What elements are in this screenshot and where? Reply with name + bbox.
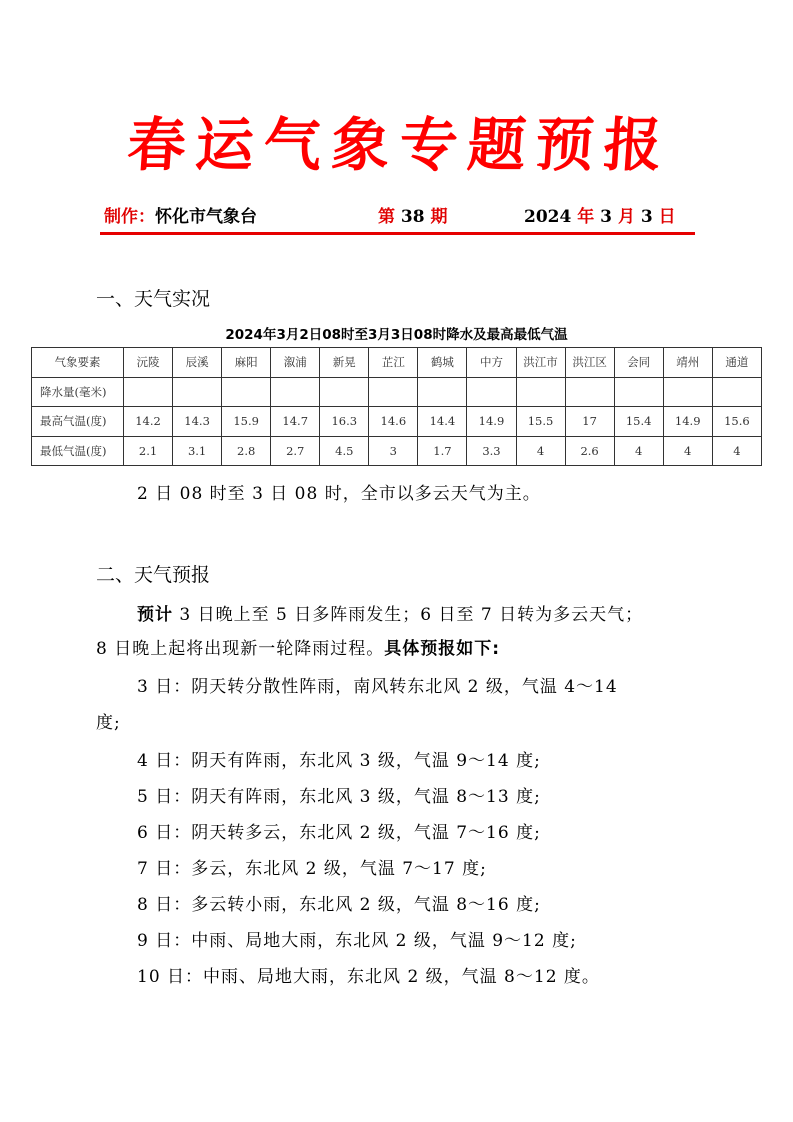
table-cell [565,377,614,407]
table-row: 最高气温(度)14.214.315.914.716.314.614.414.91… [32,407,762,437]
producer: 制作：怀化市气象台 [104,205,257,229]
forecast-day-6: 6 日：阴天转多云，东北风 2 级，气温 7～16 度; [137,821,747,845]
table-cell: 3.3 [467,436,516,466]
table-cell [369,377,418,407]
section-heading-forecast: 二、天气预报 [96,562,210,588]
forecast-intro-line2: 8 日晚上起将出现新一轮降雨过程。具体预报如下: [96,637,706,661]
table-cell: 15.5 [516,407,565,437]
section-heading-observation: 一、天气实况 [96,286,210,312]
table-cell: 2.1 [124,436,173,466]
table-cell [271,377,320,407]
header-cell-station: 会同 [614,348,663,378]
table-cell: 1.7 [418,436,467,466]
table-cell: 4 [712,436,761,466]
date-month: 3 [600,207,612,227]
table-cell: 2.6 [565,436,614,466]
forecast-day-10: 10 日：中雨、局地大雨，东北风 2 级，气温 8～12 度。 [137,965,747,989]
header-cell-station: 洪江市 [516,348,565,378]
table-cell: 3.1 [173,436,222,466]
table-cell [516,377,565,407]
table-cell [467,377,516,407]
table-cell [124,377,173,407]
header-cell-element: 气象要素 [32,348,124,378]
table-cell: 15.4 [614,407,663,437]
forecast-intro-bold: 预计 [137,605,173,625]
table-cell: 15.6 [712,407,761,437]
forecast-day-9: 9 日：中雨、局地大雨，东北风 2 级，气温 9～12 度; [137,929,747,953]
table-cell [222,377,271,407]
table-cell: 3 [369,436,418,466]
header-divider [100,232,695,235]
date-day-unit: 日 [659,207,676,227]
forecast-day-3-continued: 度; [96,711,706,735]
row-label: 最低气温(度) [32,436,124,466]
table-cell [173,377,222,407]
table-cell: 14.9 [467,407,516,437]
table-cell [320,377,369,407]
date-day: 3 [641,207,653,227]
forecast-intro-text2: 8 日晚上起将出现新一轮降雨过程。 [96,639,384,659]
header-cell-station: 溆浦 [271,348,320,378]
issue-suffix: 期 [431,207,448,227]
table-caption: 2024年3月2日08时至3月3日08时降水及最高最低气温 [31,326,762,344]
table-cell [712,377,761,407]
forecast-day-7: 7 日：多云，东北风 2 级，气温 7～17 度; [137,857,747,881]
header-cell-station: 鹤城 [418,348,467,378]
issue-number: 第 38 期 [378,205,448,229]
row-label: 最高气温(度) [32,407,124,437]
forecast-intro-bold2: 具体预报如下: [384,639,500,659]
forecast-day-3: 3 日：阴天转分散性阵雨，南风转东北风 2 级，气温 4～14 [137,675,747,699]
forecast-day-4: 4 日：阴天有阵雨，东北风 3 级，气温 9～14 度; [137,749,747,773]
header-cell-station: 中方 [467,348,516,378]
table-cell: 14.3 [173,407,222,437]
forecast-day-5: 5 日：阴天有阵雨，东北风 3 级，气温 8～13 度; [137,785,747,809]
table-cell: 15.9 [222,407,271,437]
issue-number-value: 38 [401,207,425,227]
table-cell: 14.4 [418,407,467,437]
date-month-unit: 月 [618,207,635,227]
date-year-unit: 年 [577,207,594,227]
forecast-intro-text1: 3 日晚上至 5 日多阵雨发生；6 日至 7 日转为多云天气； [173,605,643,625]
table-cell: 4 [663,436,712,466]
header-cell-station: 洪江区 [565,348,614,378]
table-cell: 17 [565,407,614,437]
table-cell [614,377,663,407]
table-cell: 4.5 [320,436,369,466]
table-cell: 16.3 [320,407,369,437]
table-header-row: 气象要素沅陵辰溪麻阳溆浦新晃芷江鹤城中方洪江市洪江区会同靖州通道 [32,348,762,378]
producer-label: 制作： [104,207,155,227]
table-cell: 4 [516,436,565,466]
forecast-day-8: 8 日：多云转小雨，东北风 2 级，气温 8～16 度; [137,893,747,917]
table-cell: 14.7 [271,407,320,437]
header-cell-station: 沅陵 [124,348,173,378]
date-year: 2024 [524,207,571,227]
header-cell-station: 新晃 [320,348,369,378]
table-cell: 14.6 [369,407,418,437]
header-cell-station: 靖州 [663,348,712,378]
table-cell [418,377,467,407]
report-meta-row: 制作：怀化市气象台 第 38 期 2024 年 3 月 3 日 [104,205,694,229]
row-label: 降水量(毫米) [32,377,124,407]
header-cell-station: 辰溪 [173,348,222,378]
observation-summary: 2 日 08 时至 3 日 08 时，全市以多云天气为主。 [137,482,747,506]
table-cell [663,377,712,407]
issue-prefix: 第 [378,207,395,227]
header-cell-station: 通道 [712,348,761,378]
observation-table: 气象要素沅陵辰溪麻阳溆浦新晃芷江鹤城中方洪江市洪江区会同靖州通道降水量(毫米)最… [31,347,762,466]
table-cell: 14.9 [663,407,712,437]
producer-name: 怀化市气象台 [155,207,257,227]
header-cell-station: 芷江 [369,348,418,378]
report-title: 春运气象专题预报 [97,100,703,180]
header-cell-station: 麻阳 [222,348,271,378]
table-cell: 4 [614,436,663,466]
table-cell: 2.7 [271,436,320,466]
table-row: 降水量(毫米) [32,377,762,407]
forecast-intro-line1: 预计 3 日晚上至 5 日多阵雨发生；6 日至 7 日转为多云天气； [137,603,747,627]
table-cell: 2.8 [222,436,271,466]
table-cell: 14.2 [124,407,173,437]
issue-date: 2024 年 3 月 3 日 [524,205,676,229]
table-row: 最低气温(度)2.13.12.82.74.531.73.342.6444 [32,436,762,466]
